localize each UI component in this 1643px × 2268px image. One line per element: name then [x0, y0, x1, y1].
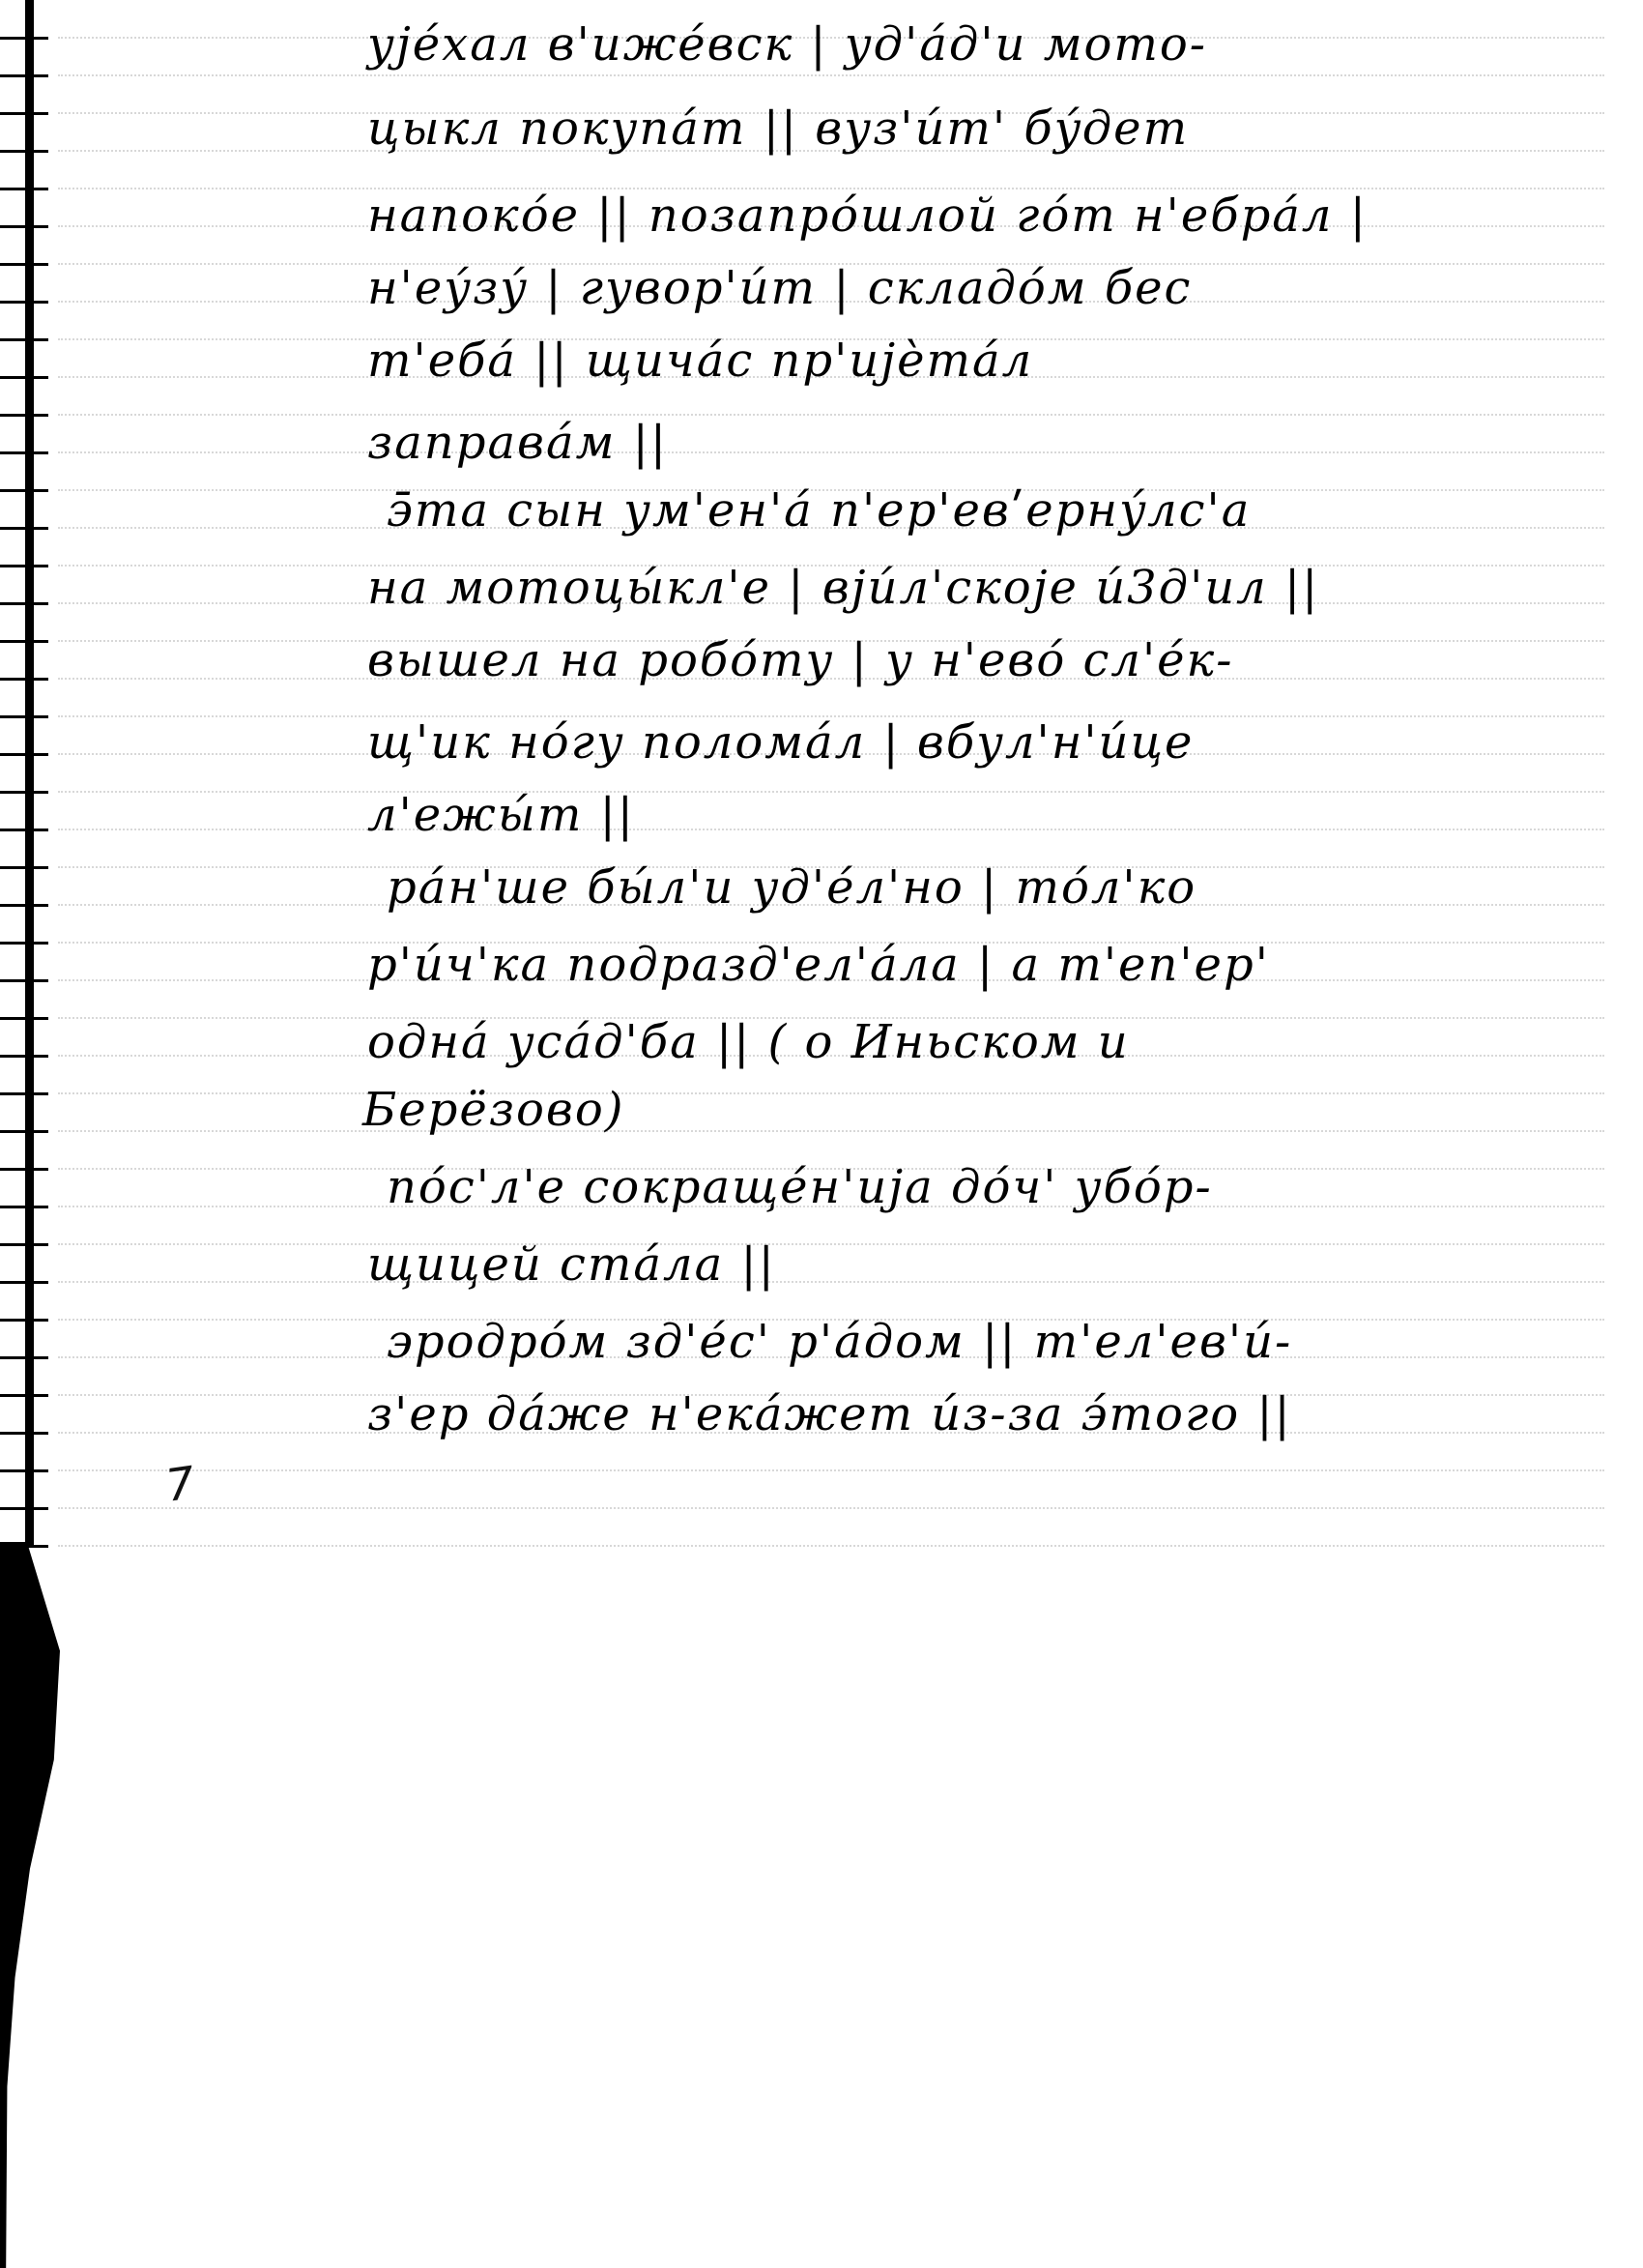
binding-tick — [0, 338, 48, 341]
binding-tick — [0, 1394, 48, 1397]
handwritten-line: щицей стáла || — [367, 1237, 776, 1292]
handwritten-line: з'ер дáже н'екáжет и́з-за э́того || — [367, 1387, 1292, 1441]
binding-tick — [0, 1432, 48, 1435]
binding-tick — [0, 753, 48, 756]
binding-tick — [0, 74, 48, 77]
ruled-dotted-line — [58, 1243, 1604, 1245]
binding-tick — [0, 1243, 48, 1246]
binding-tick — [0, 866, 48, 869]
handwritten-line: э̄та сын ум'ен'á п'ер'евʹернýлс'а — [387, 483, 1251, 538]
binding-tick — [0, 640, 48, 643]
binding-tick — [0, 791, 48, 794]
binding-tick — [0, 112, 48, 115]
binding-tick — [0, 263, 48, 266]
binding-tick — [0, 489, 48, 492]
ruled-dotted-line — [58, 1092, 1604, 1094]
handwritten-line: на мотоцы́кл'е | вjúл'скоjе ú3д'ил || — [367, 561, 1319, 615]
binding-tick — [0, 1356, 48, 1359]
handwritten-line: Берёзово) — [362, 1083, 624, 1137]
binding-tick — [0, 1055, 48, 1058]
binding-tick — [0, 1092, 48, 1095]
handwritten-line: цыкл покупáт || вуз'úт' бýдет — [367, 102, 1189, 156]
ruled-dotted-line — [58, 1130, 1604, 1132]
binding-tick — [0, 451, 48, 454]
binding-tick — [0, 1281, 48, 1284]
binding-tick — [0, 37, 48, 40]
handwritten-line: л'ежы́т || — [367, 788, 635, 842]
binding-tick — [0, 376, 48, 379]
binding-scan-shadow — [0, 1542, 60, 2268]
ruled-dotted-line — [58, 414, 1604, 416]
binding-tick — [0, 150, 48, 153]
binding-tick — [0, 942, 48, 945]
handwritten-line: т'ебá || щичáс пр'иjèтáл — [367, 334, 1033, 388]
handwritten-line: ујéхал в'ижéвск | уд'áд'и мото- — [367, 17, 1207, 72]
handwritten-line: н'еу́зу́ | гувор'úт | складóм бес — [367, 261, 1192, 315]
ruled-dotted-line — [58, 829, 1604, 830]
ruled-dotted-line — [58, 1281, 1604, 1283]
handwritten-line: щ'ик нóгу поломáл | вбул'н'úце — [367, 715, 1194, 770]
binding-tick — [0, 301, 48, 304]
binding-tick — [0, 979, 48, 982]
handwritten-line: пóс'л'е сокращéн'иjа дóч' убóр- — [387, 1160, 1213, 1214]
ruled-dotted-line — [58, 451, 1604, 453]
binding-tick — [0, 188, 48, 190]
ruled-dotted-line — [58, 1469, 1604, 1471]
ruled-dotted-line — [58, 1507, 1604, 1509]
binding-tick — [0, 1507, 48, 1510]
handwritten-line: заправáм || — [367, 416, 668, 470]
binding-tick — [0, 414, 48, 417]
binding-tick — [0, 1168, 48, 1171]
handwritten-line: эродрóм зд'éс' р'áдом || т'ел'ев'ú- — [387, 1315, 1292, 1369]
ruled-dotted-line — [58, 74, 1604, 76]
handwritten-line: р'úч'ка подразд'ел'áла | а т'еп'ер' — [367, 938, 1270, 992]
binding-tick — [0, 1469, 48, 1472]
ruled-dotted-line — [58, 791, 1604, 793]
handwritten-line: напокóе || позапрóшлой гóт н'ебрáл | — [367, 189, 1368, 243]
binding-tick — [0, 602, 48, 605]
notebook-page: ујéхал в'ижéвск | уд'áд'и мото-цыкл поку… — [0, 0, 1643, 2268]
binding-tick — [0, 565, 48, 567]
binding-tick — [0, 1319, 48, 1322]
ruled-dotted-line — [58, 1545, 1604, 1547]
binding-tick — [0, 527, 48, 530]
binding-tick — [0, 1206, 48, 1208]
handwritten-line: рáн'ше бы́л'и уд'éл'но | тóл'ко — [387, 860, 1196, 915]
binding-tick — [0, 1017, 48, 1020]
binding-tick — [0, 829, 48, 831]
notebook-binding-line — [25, 0, 34, 1547]
handwritten-line: вышел на робóту | у н'евó сл'éк- — [367, 633, 1233, 687]
binding-tick — [0, 715, 48, 718]
page-number: 7 — [162, 1456, 198, 1512]
binding-tick — [0, 1130, 48, 1133]
binding-tick — [0, 225, 48, 228]
binding-tick — [0, 904, 48, 907]
binding-tick — [0, 678, 48, 681]
handwritten-line: однá усáд'ба || ( о Иньском и — [367, 1015, 1130, 1069]
